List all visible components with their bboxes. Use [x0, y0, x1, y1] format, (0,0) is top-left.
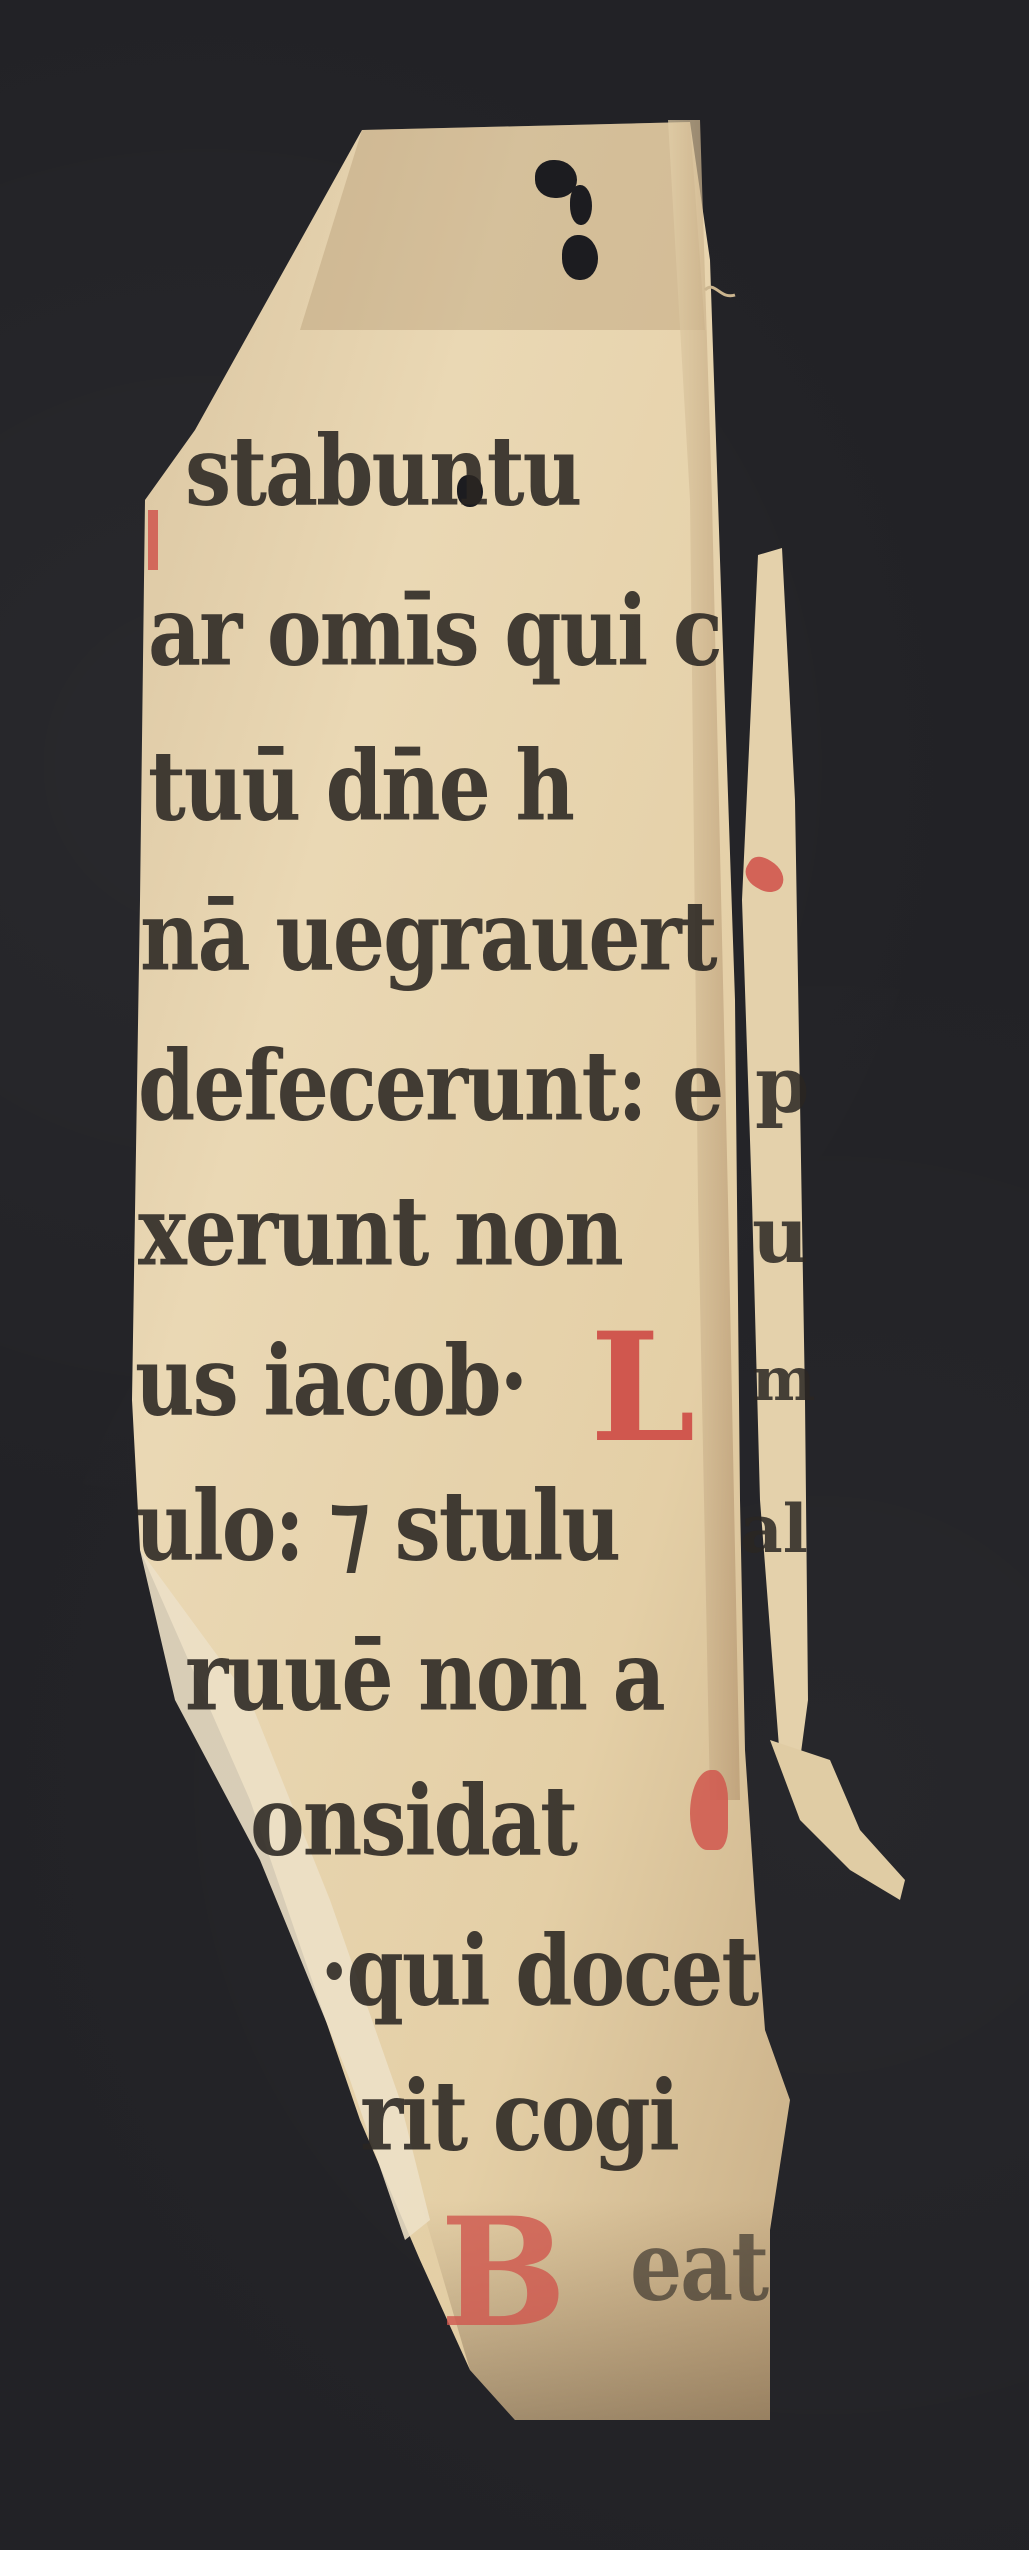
text-line: xerunt non	[138, 1175, 622, 1288]
text-line: onsidat	[250, 1765, 576, 1878]
rubric-mark	[690, 1770, 728, 1850]
text-line: stabuntu	[185, 415, 580, 528]
text-line: ulo: ⁊ stulu	[135, 1470, 619, 1583]
strip-text: u	[752, 1190, 809, 1281]
rubric-initial-b: B	[440, 2185, 567, 2361]
text-line: nā uegrauert	[140, 880, 716, 993]
strip-text: m	[752, 1345, 816, 1415]
text-line: ·qui docet	[320, 1915, 757, 2028]
text-line: ar omīs qui c	[148, 575, 721, 688]
manuscript-photo: stabuntu ar omīs qui c tuū dn̄e h nā ueg…	[0, 0, 1029, 2550]
rubric-mark	[148, 510, 158, 570]
text-line: eat	[630, 2210, 767, 2323]
hole	[562, 235, 598, 280]
text-line: tuū dn̄e h	[148, 730, 573, 843]
strip-text: al	[740, 1490, 808, 1568]
text-line: us iacob·	[135, 1325, 526, 1438]
text-line: rit cogi	[360, 2060, 678, 2173]
hole	[570, 185, 592, 225]
text-line: ruuē non a	[185, 1620, 664, 1733]
right-strip	[742, 548, 808, 1760]
strip-text: p	[755, 1040, 810, 1131]
torn-flap	[770, 1740, 905, 1900]
rubric-initial-l: L	[590, 1300, 695, 1476]
text-line: defecerunt: e	[138, 1030, 722, 1143]
